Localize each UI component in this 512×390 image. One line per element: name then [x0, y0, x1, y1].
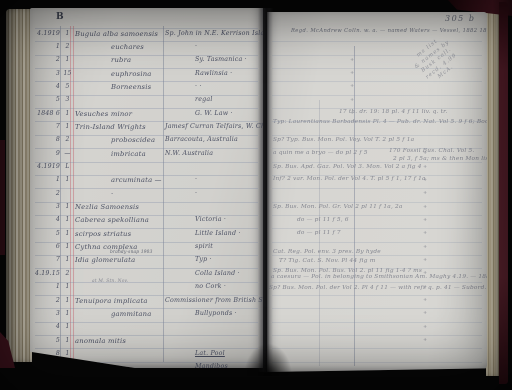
cell-quantity: 1: [63, 216, 72, 223]
feint-rule-line: [272, 308, 482, 309]
feint-rule-line: [272, 348, 482, 349]
cell-register-number: 2: [32, 190, 60, 197]
register-row: 2··: [30, 190, 263, 202]
ditto-mark: +: [423, 297, 427, 303]
rule-tick-mark: +: [350, 83, 354, 89]
feint-rule-line: [35, 295, 258, 296]
feint-rule-line: [272, 335, 482, 336]
register-row: 51scirpos striatusLittle Island ·: [30, 230, 263, 242]
cell-determination: Barracouta, Australia: [165, 136, 263, 143]
feint-rule-line: [272, 135, 482, 136]
cell-quantity: 1: [63, 283, 72, 290]
feint-rule-line: [35, 121, 258, 122]
cell-species-name: anomala mitis: [75, 337, 193, 345]
rule-tick-mark: +: [350, 97, 354, 103]
feint-rule-line: [272, 322, 482, 323]
cell-determination: Sy. Tasmanica ·: [165, 56, 263, 63]
rule-tick-mark: +: [350, 110, 354, 116]
register-row: 12euchares·: [30, 43, 263, 55]
cell-determination: spirit: [165, 243, 263, 250]
cell-register-number: 8: [32, 136, 60, 143]
feint-rule-line: [35, 268, 258, 269]
annotation-line: Sp. Bus. Mon. Pol. Gr. Vol 2 pl 11 f 1a,…: [273, 204, 403, 210]
feint-rule-line: [272, 215, 482, 216]
cell-register-number: 3: [32, 310, 60, 317]
feint-rule-line: [272, 162, 482, 163]
book-gutter-shadow: [258, 8, 273, 372]
book-gutter-bottom-shadow: [243, 342, 293, 376]
ditto-mark: +: [423, 310, 427, 316]
cell-quantity: 1: [63, 123, 72, 130]
ditto-mark: +: [423, 164, 427, 170]
feint-rule-line: [35, 188, 258, 189]
feint-rule-line: [35, 242, 258, 243]
cell-register-number: 9: [32, 150, 60, 157]
cell-quantity: 1: [63, 256, 72, 263]
cell-quantity: L: [63, 163, 72, 170]
register-row: 51anomala mitis: [30, 337, 263, 349]
cell-quantity: 1: [63, 176, 72, 183]
register-row: 61Cythna complexaspiritbrandy-snap 1903: [30, 243, 263, 255]
cell-register-number: 1: [32, 283, 60, 290]
register-row: 91Mandibos: [30, 363, 263, 368]
book-cover-left-sliver: [0, 140, 5, 255]
annotation-line: Inf? 2 var. Mon. Pol. der Vol 4. T. pl 5…: [273, 176, 426, 182]
feint-rule-line: [35, 68, 258, 69]
page-stamp: B: [56, 12, 65, 22]
register-row: 11arcuminata —·: [30, 176, 263, 188]
feint-rule-line: [35, 322, 258, 323]
feint-rule-line: [35, 95, 258, 96]
ditto-mark: +: [423, 244, 427, 250]
cell-quantity: 1: [63, 323, 72, 330]
cell-determination: G. W. Law ·: [165, 110, 263, 117]
feint-rule-line: [272, 55, 482, 56]
register-row: 315euphrosinaRawlinsia ·: [30, 70, 263, 82]
cell-register-number: 7: [32, 256, 60, 263]
cell-determination: N.W. Australia: [165, 150, 263, 157]
feint-rule-line: [272, 95, 482, 96]
cell-quantity: 1: [63, 337, 72, 344]
left-page: B at M. Stn. Nov. 4.19191Bugula alba sam…: [30, 8, 263, 368]
cell-determination: · ·: [165, 83, 263, 90]
annotation-line: do — pl 11 f 5, 6: [297, 217, 349, 223]
feint-rule-line: [35, 348, 258, 349]
feint-rule-line: [35, 308, 258, 309]
register-row: 71Trin-Island WrightsJamesf Curran Telfa…: [30, 123, 263, 135]
annotation-line: Sp? Typ. Bus. Mon. Pol. Voy. Vol T. 2 pl…: [273, 137, 414, 143]
register-row: 4.19.152Colla Island ·: [30, 270, 263, 282]
feint-rule-line: [272, 108, 482, 109]
cell-determination: Colla Island ·: [165, 270, 263, 277]
cell-determination: no Cork ·: [165, 283, 263, 290]
annotation-line: a caesura — Pol. in belonging to Smithso…: [271, 274, 487, 280]
feint-rule-line: [272, 255, 482, 256]
feint-rule-line: [35, 215, 258, 216]
cell-quantity: 1: [63, 350, 72, 357]
cell-determination: Typ ·: [165, 256, 263, 263]
feint-rule-line: [35, 335, 258, 336]
feint-rule-line: [272, 362, 482, 363]
feint-rule-line: [272, 282, 482, 283]
book-cover-right: [499, 2, 508, 384]
feint-rule-line: [272, 268, 482, 269]
cell-quantity: 3: [63, 96, 72, 103]
right-page-edges: [486, 8, 500, 376]
feint-rule-line: [35, 81, 258, 82]
feint-rule-line: [35, 228, 258, 229]
cell-quantity: 1: [63, 56, 72, 63]
cell-register-number: 7: [32, 123, 60, 130]
cell-register-number: 3: [32, 70, 60, 77]
feint-rule-line: [272, 188, 482, 189]
ditto-mark: +: [423, 150, 427, 156]
cell-determination: Victoria ·: [165, 216, 263, 223]
cell-quantity: 2: [63, 136, 72, 143]
annotation-line: 17 th. dr. 19: 18 pl. 4 f 11 liv. q. tr.: [339, 109, 448, 115]
feint-rule-line: [35, 108, 258, 109]
feint-rule-line: [35, 282, 258, 283]
ditto-mark: +: [423, 230, 427, 236]
cell-quantity: 1: [63, 230, 72, 237]
register-row: 31Nezlia Samoensis: [30, 203, 263, 215]
cell-quantity: 1: [63, 297, 72, 304]
cell-species-subnote: brandy-snap 1903: [110, 250, 153, 255]
cell-quantity: —: [63, 150, 72, 157]
annotation-line: Sp? Bus. Mon. Pol. der Vol 2. Pl 4 f 11 …: [269, 285, 487, 291]
register-row: 82proboscideaBarracouta, Australia: [30, 136, 263, 148]
cell-determination: Little Island ·: [165, 230, 263, 237]
register-row: 81Lat. Pool: [30, 350, 263, 362]
feint-rule-line: [272, 41, 482, 42]
feint-rule-line: [35, 55, 258, 56]
feint-rule-line: [35, 41, 258, 42]
register-row: 1848 61Vesuches minorG. W. Law ·: [30, 110, 263, 122]
cell-register-number: 5: [32, 96, 60, 103]
feint-rule-line: [35, 362, 258, 363]
cell-register-number: 5: [32, 230, 60, 237]
ditto-mark: +: [423, 270, 427, 276]
feint-rule-line: [35, 202, 258, 203]
feint-rule-line: [35, 175, 258, 176]
ditto-mark: +: [423, 257, 427, 263]
cell-register-number: 1848 6: [32, 110, 60, 117]
annotation-line: T? Tig. Cat. S. Nov. Pl 44 fig m: [279, 258, 375, 264]
cell-register-number: 9: [32, 363, 60, 368]
register-row: 45Borneensis· ·: [30, 83, 263, 95]
cell-register-number: 4: [32, 83, 60, 90]
cell-determination: ·: [165, 190, 263, 197]
ditto-mark: +: [423, 324, 427, 330]
register-row: 31gammitanaBullyponds ·: [30, 310, 263, 322]
feint-rule-line: [272, 68, 482, 69]
ditto-mark: +: [423, 337, 427, 343]
feint-rule-line: [35, 135, 258, 136]
rule-tick-mark: +: [350, 57, 354, 63]
cell-determination: Jamesf Curran Telfairs, W. Ch.: [165, 123, 263, 130]
cell-quantity: 2: [63, 43, 72, 50]
ditto-mark: +: [423, 217, 427, 223]
cell-quantity: 15: [63, 70, 72, 77]
register-row: 4.19191Bugula alba samoensisSp. John in …: [30, 30, 263, 42]
cell-register-number: 4: [32, 323, 60, 330]
register-row: 4.1919L: [30, 163, 263, 175]
right-page: 305 b Regd. McAndrew Colln. w. a. — name…: [267, 12, 487, 372]
feint-rule-line: [272, 175, 482, 176]
feint-rule-line: [35, 148, 258, 149]
register-row: 21Tenuipora implicataCommissioner from B…: [30, 297, 263, 309]
register-row: 11no Cork ·: [30, 283, 263, 295]
annotation-line: a quin me a bryo — do pl 2 f 5: [273, 150, 368, 156]
register-row: 41: [30, 323, 263, 335]
cell-determination: Bullyponds ·: [165, 310, 263, 317]
cell-register-number: 2: [32, 56, 60, 63]
rule-tick-mark: +: [350, 70, 354, 76]
cell-register-number: 1: [32, 176, 60, 183]
cell-quantity: 5: [63, 83, 72, 90]
feint-rule-line: [35, 162, 258, 163]
cell-register-number: 4.1919: [32, 30, 60, 37]
ditto-mark: +: [423, 190, 427, 196]
ditto-mark: +: [423, 204, 427, 210]
cell-register-number: 5: [32, 337, 60, 344]
register-row: 21rubraSy. Tasmanica ·: [30, 56, 263, 68]
cell-quantity: 1: [63, 30, 72, 37]
feint-rule-line: [272, 228, 482, 229]
cell-register-number: 1: [32, 43, 60, 50]
cell-register-number: 6: [32, 243, 60, 250]
cell-determination: Commissioner from British Sutton: [165, 297, 263, 304]
annotation-line: Sp. Bus. Apd. Gaz. Pol. Vol 3. Mon. Vol …: [273, 164, 422, 170]
cell-register-number: 8: [32, 350, 60, 357]
cell-register-number: 4.19.15: [32, 270, 60, 277]
cell-species-name: Nezlia Samoensis: [75, 203, 193, 211]
cell-quantity: 1: [63, 203, 72, 210]
cell-determination: Rawlinsia ·: [165, 70, 263, 77]
cell-determination: ·: [165, 43, 263, 50]
cell-register-number: 3: [32, 203, 60, 210]
cell-register-number: 2: [32, 297, 60, 304]
left-page-edges: [6, 9, 32, 362]
register-row: 41Caberea spekollianaVictoria ·: [30, 216, 263, 228]
cell-quantity: 1: [63, 363, 72, 368]
feint-rule-line: [272, 81, 482, 82]
feint-rule-line: [272, 148, 482, 149]
feint-rule-line: [35, 255, 258, 256]
annotation-line: do — pl 11 f 7: [297, 230, 341, 236]
register-row: 71Idia glomerulataTyp ·: [30, 256, 263, 268]
cell-quantity: 1: [63, 110, 72, 117]
cell-quantity: 1: [63, 310, 72, 317]
cell-quantity: 2: [63, 270, 72, 277]
cell-register-number: 4.1919: [32, 163, 60, 170]
feint-rule-line: [272, 202, 482, 203]
feint-rule-line: [272, 121, 482, 122]
register-row: 9—imbricataN.W. Australia: [30, 150, 263, 162]
feint-rule-line: [272, 242, 482, 243]
cell-quantity: 1: [63, 243, 72, 250]
cell-determination: Sp. John in N.E. Kerrison Island: [165, 30, 263, 37]
cell-determination: ·: [165, 176, 263, 183]
cell-determination: regal: [165, 96, 263, 103]
ditto-mark: +: [423, 284, 427, 290]
register-book-photo: B at M. Stn. Nov. 4.19191Bugula alba sam…: [0, 0, 512, 390]
feint-rule-line: [272, 295, 482, 296]
feint-rule-line: [35, 28, 258, 29]
register-row: 53regal: [30, 96, 263, 108]
cell-register-number: 4: [32, 216, 60, 223]
ditto-mark: +: [423, 177, 427, 183]
